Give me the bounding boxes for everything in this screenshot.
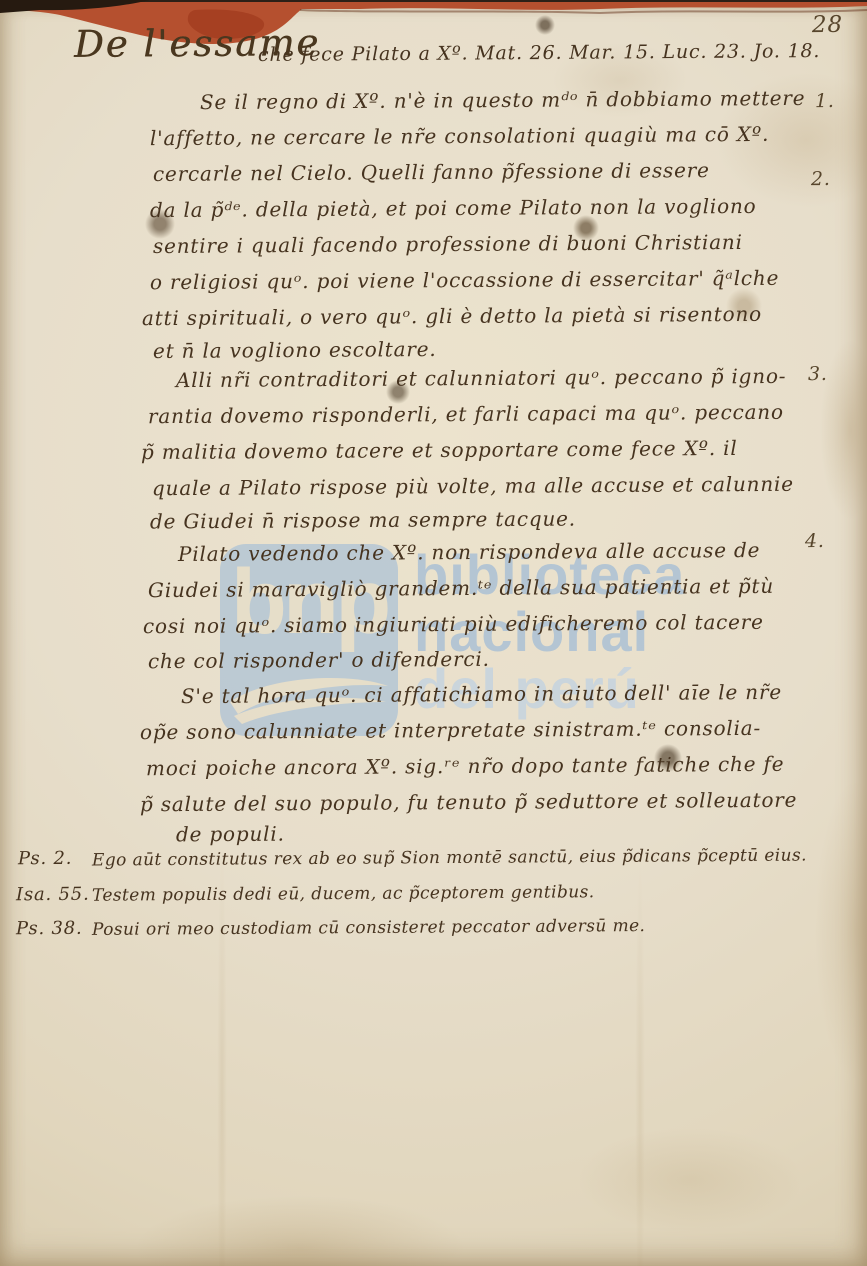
manuscript-line: atti spirituali, o vero quᵒ. gli è detto… (142, 302, 762, 330)
margin-number: 2. (811, 168, 831, 190)
manuscript-line: p̃ malitia dovemo tacere et sopportare c… (141, 436, 738, 464)
citation-ref: Ps. 38. (16, 918, 83, 939)
citation-text: Ego aūt constitutus rex ab eo sup̃ Sion … (92, 846, 807, 871)
manuscript-line: cosi noi quᵒ. siamo ingiuriati più edifi… (143, 610, 764, 638)
margin-number: 3. (808, 363, 828, 385)
folio-number: 28 (812, 12, 843, 38)
manuscript-line: rantia dovemo risponderli, et farli capa… (148, 400, 784, 428)
manuscript-line: l'affetto, ne cercare le nr̃e consolatio… (150, 122, 769, 150)
manuscript-line: cercarle nel Cielo. Quelli fanno p̃fessi… (153, 158, 710, 186)
citation-ref: Isa. 55. (16, 884, 90, 906)
manuscript-line: Se il regno di Xº. n'è in questo mᵈᵒ n̄ … (200, 86, 806, 114)
manuscript-line: o religiosi quᵒ. poi viene l'occassione … (150, 266, 779, 294)
margin-number: 4. (805, 530, 825, 552)
citation-text: Testem populis dedi eū, ducem, ac p̃cept… (92, 882, 595, 906)
manuscript-page: bnp biblioteca nacional del perú De l'es… (0, 0, 867, 1266)
manuscript-line: Pilato vedendo che Xº. non rispondeva al… (178, 538, 760, 566)
margin-number: 1. (815, 90, 835, 112)
page-title-detail: che fece Pilato a Xº. Mat. 26. Mar. 15. … (258, 40, 820, 66)
manuscript-line: sentire i quali facendo professione di b… (153, 230, 743, 258)
manuscript-line: che col risponder' o difenderci. (148, 647, 490, 673)
manuscript-line: de Giudei n̄ rispose ma sempre tacque. (150, 507, 576, 534)
citation-text: Posui ori meo custodiam cū consisteret p… (92, 916, 645, 940)
manuscript-line: quale a Pilato rispose più volte, ma all… (152, 472, 794, 500)
manuscript-line: op̃e sono calunniate et interpretate sin… (140, 716, 761, 744)
manuscript-line: et n̄ la vogliono escoltare. (153, 337, 437, 363)
manuscript-line: moci poiche ancora Xº. sig.ʳᵉ nr̃o dopo … (146, 752, 784, 780)
citation-ref: Ps. 2. (18, 848, 72, 869)
manuscript-line: da la p̃ᵈᵉ. della pietà, et poi come Pil… (150, 194, 757, 222)
manuscript-line: Giudei si maravigliò grandem.ᵗᵉ della su… (148, 574, 774, 602)
manuscript-line: S'e tal hora quᵒ. ci affatichiamo in aiu… (181, 680, 782, 708)
manuscript-line: Alli nr̃i contraditori et calunniatori q… (176, 364, 786, 392)
manuscript-line: p̃ salute del suo populo, fu tenuto p̃ s… (140, 788, 797, 817)
manuscript-line: de populi. (176, 822, 285, 847)
